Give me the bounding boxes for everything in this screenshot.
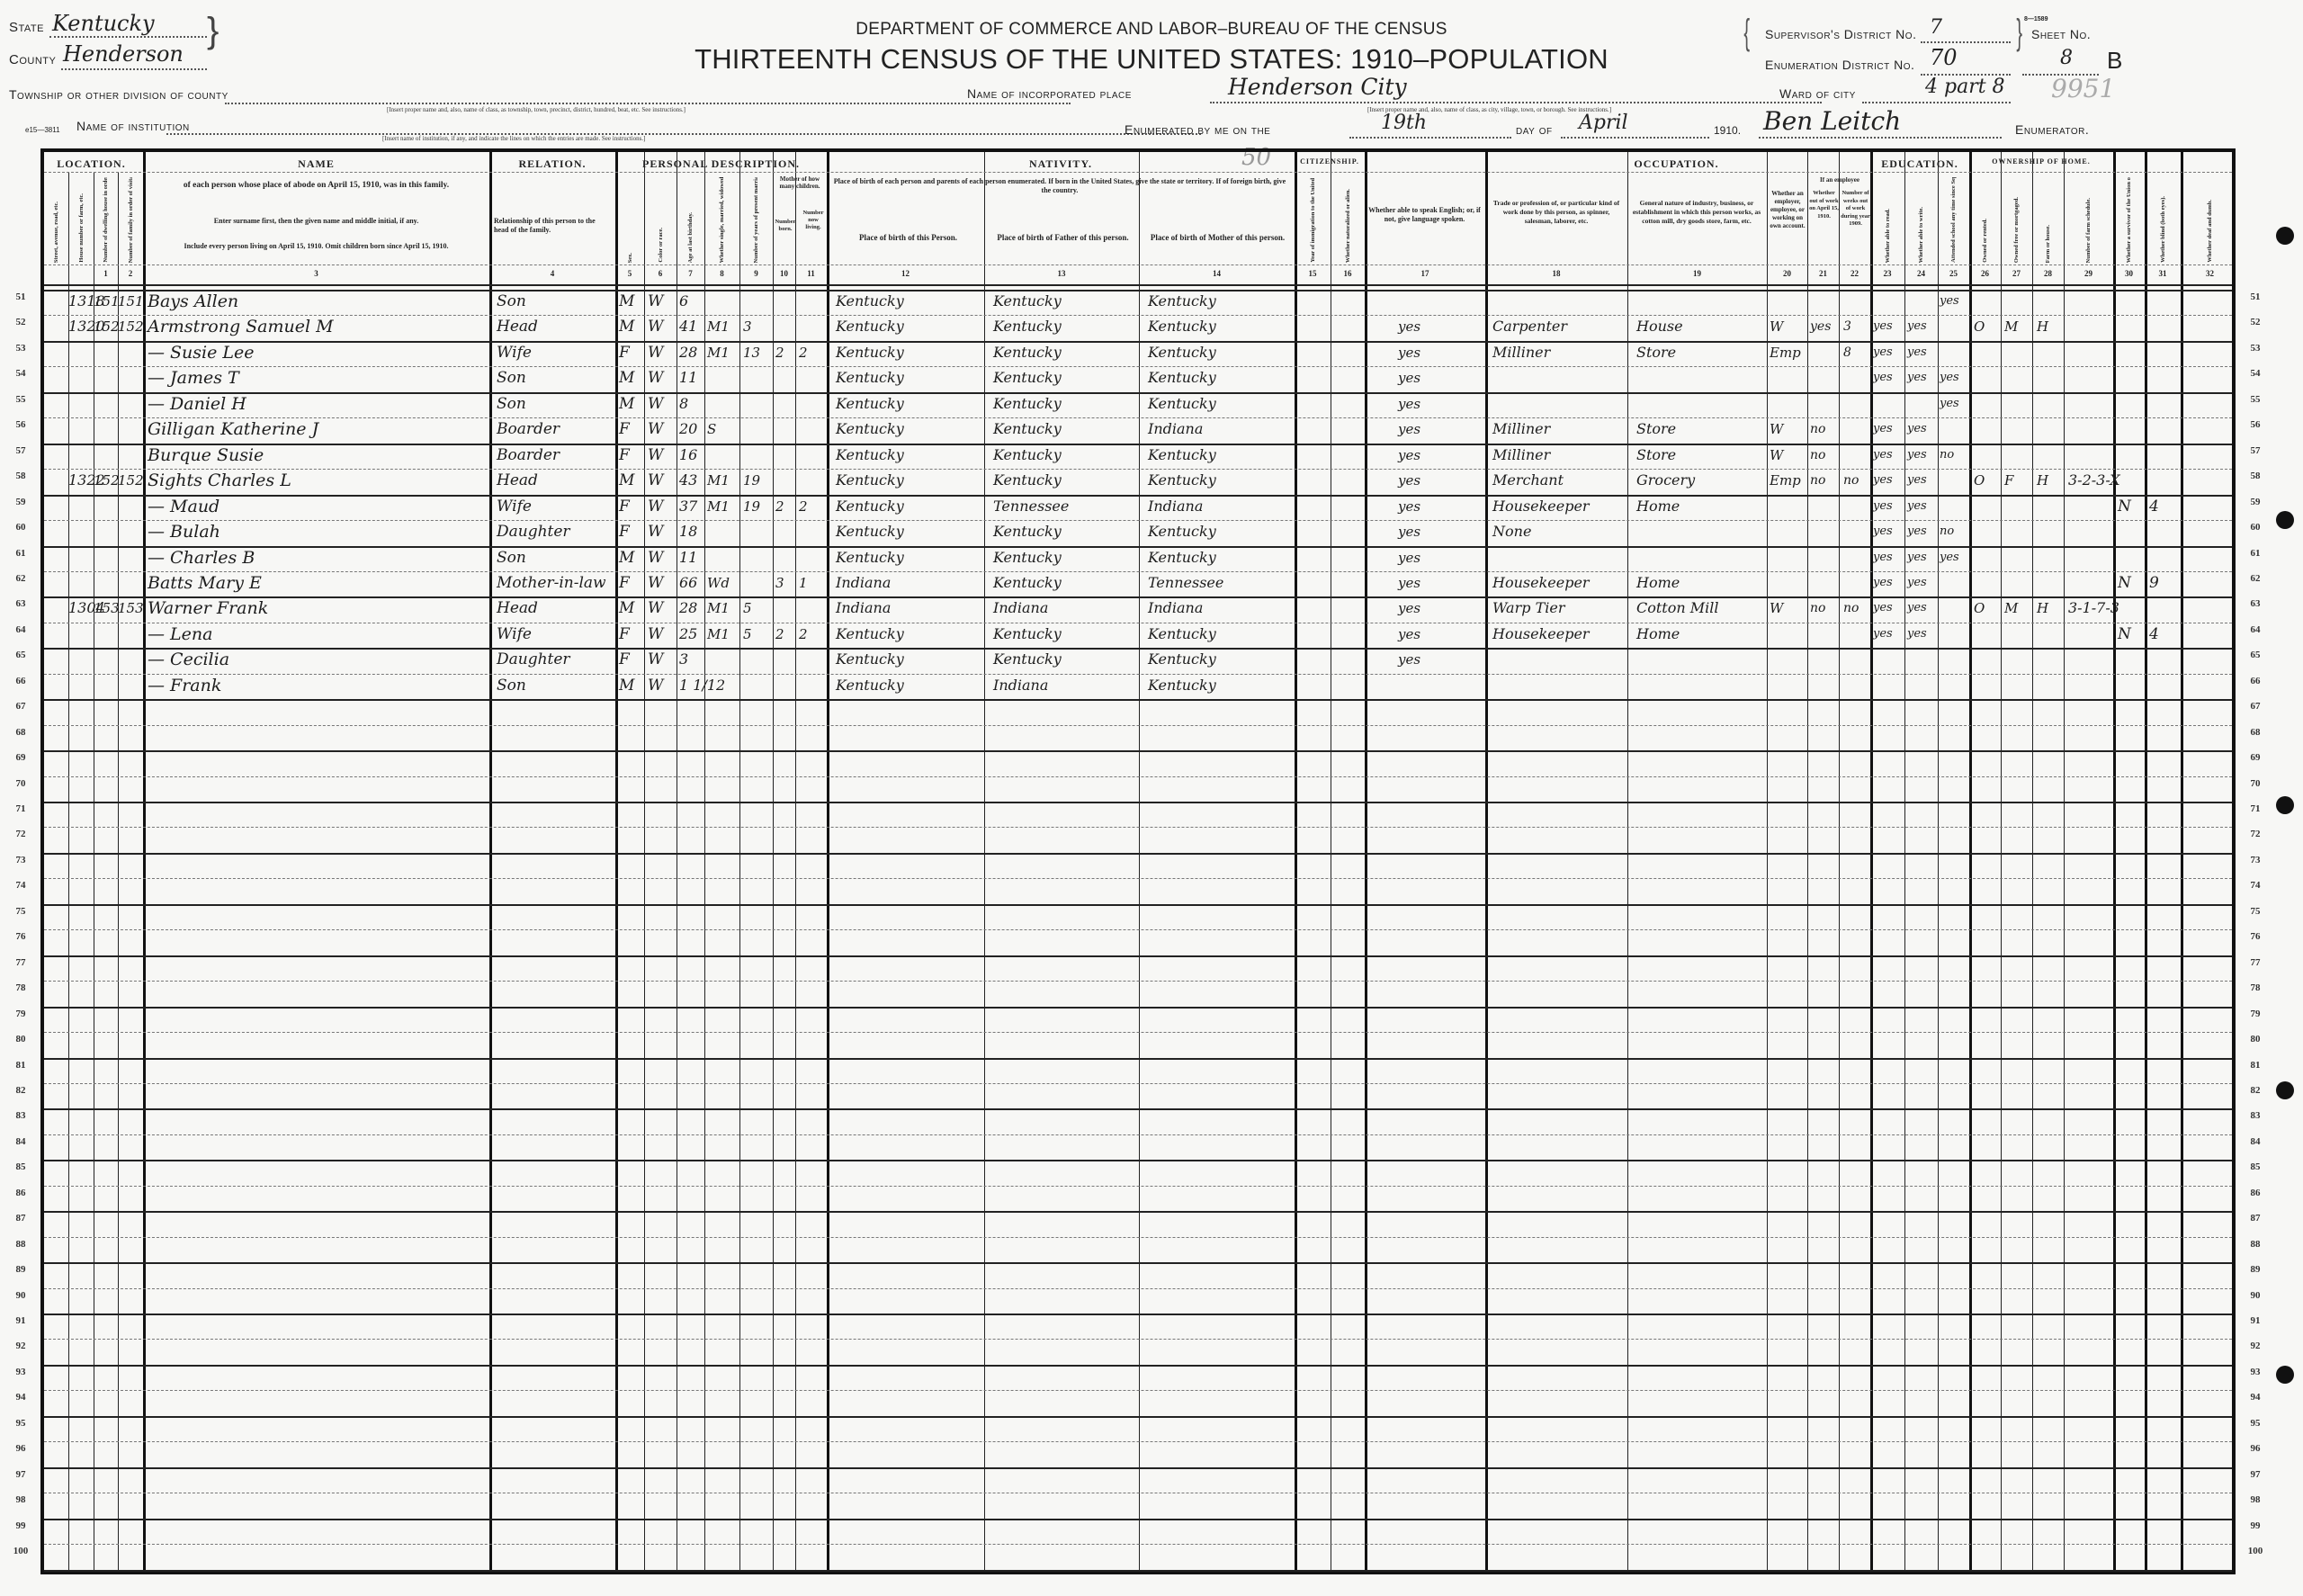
birthplace-father: Kentucky <box>993 520 1062 543</box>
incorporated-place-label: Name of incorporated place <box>967 86 1132 101</box>
row-number: 70 <box>2242 778 2269 789</box>
row-number: 73 <box>2242 855 2269 865</box>
family-number: 151 <box>118 290 144 313</box>
vertical-header-cell: Whether blind (both eyes). <box>2145 177 2181 263</box>
institution-note: [Insert name of institution, if any, and… <box>382 135 646 142</box>
birthplace-mother: Indiana <box>1148 596 1203 620</box>
trade: None <box>1492 520 1531 543</box>
enumerated-label: Enumerated by me on the <box>1125 122 1270 137</box>
attended-school: yes <box>1940 290 1959 313</box>
vertical-header-cell: Number of years of present marriage. <box>739 177 773 263</box>
owned-or-rented: O <box>1974 469 1985 492</box>
children-living: 2 <box>799 341 808 364</box>
row-number: 78 <box>2242 982 2269 993</box>
birthplace-person: Kentucky <box>836 315 904 338</box>
can-write: yes <box>1907 546 1927 569</box>
department-title: DEPARTMENT OF COMMERCE AND LABOR–BUREAU … <box>0 20 2303 40</box>
row-number: 77 <box>7 957 34 968</box>
row-number: 74 <box>7 880 34 891</box>
sex: M <box>619 546 634 569</box>
dwelling-number: 152 <box>94 315 120 338</box>
relation: Head <box>497 315 538 338</box>
row-number: 91 <box>7 1315 34 1326</box>
army-survivor: N <box>2118 571 2131 595</box>
row-rule <box>44 1365 2232 1367</box>
person-name: Batts Mary E <box>148 571 262 595</box>
enumerator-signature: Ben Leitch <box>1763 106 1901 136</box>
marital-status: M1 <box>707 596 730 620</box>
row-number: 69 <box>7 752 34 763</box>
relation: Son <box>497 290 526 313</box>
out-of-work: no <box>1810 469 1825 492</box>
person-name: — Frank <box>148 674 221 697</box>
speaks-english: yes <box>1398 315 1420 338</box>
children-born: 3 <box>775 571 784 595</box>
vertical-header-col28: Farm or house. <box>2045 225 2051 263</box>
row-number: 99 <box>7 1520 34 1531</box>
header-rule <box>44 172 2232 173</box>
marital-status: Wd <box>707 571 730 595</box>
row-number: 59 <box>7 497 34 507</box>
can-write: yes <box>1907 341 1927 364</box>
can-read: yes <box>1873 469 1893 492</box>
row-rule <box>44 929 2232 930</box>
attended-school: yes <box>1940 366 1959 390</box>
age: 6 <box>679 290 688 313</box>
row-rule <box>44 1441 2232 1442</box>
color: W <box>648 366 663 390</box>
relation: Head <box>497 469 538 492</box>
age: 43 <box>679 469 697 492</box>
can-write: yes <box>1907 495 1927 518</box>
table-row: Batts Mary EMother-in-lawFW66Wd31Indiana… <box>44 571 2232 596</box>
color: W <box>648 392 663 416</box>
birthplace-father: Kentucky <box>993 290 1062 313</box>
row-number: 55 <box>2242 394 2269 405</box>
trade: Merchant <box>1492 469 1564 492</box>
table-row: Gilligan Katherine JBoarderFW20SKentucky… <box>44 417 2232 443</box>
row-number: 82 <box>7 1085 34 1096</box>
relation: Daughter <box>497 520 570 543</box>
family-number: 153 <box>118 596 144 620</box>
row-number: 73 <box>7 855 34 865</box>
age: 3 <box>679 648 688 671</box>
row-number: 80 <box>2242 1034 2269 1045</box>
birthplace-person: Kentucky <box>836 392 904 416</box>
row-number: 60 <box>7 522 34 533</box>
row-number: 86 <box>7 1188 34 1198</box>
can-read: yes <box>1873 444 1893 467</box>
row-number: 59 <box>2242 497 2269 507</box>
farm-or-house: H <box>2037 469 2048 492</box>
column-number: 29 <box>2064 269 2113 278</box>
sheet-label: Sheet No. <box>2031 27 2091 41</box>
enumerator-field <box>1759 137 2002 139</box>
birthplace-father: Kentucky <box>993 623 1062 646</box>
year-label: 1910. <box>1714 124 1741 137</box>
attended-school: no <box>1940 520 1954 543</box>
free-or-mortgaged: M <box>2004 315 2018 338</box>
birthplace-mother: Kentucky <box>1148 469 1216 492</box>
row-number: 100 <box>7 1546 34 1556</box>
row-rule <box>44 878 2232 879</box>
row-number: 96 <box>2242 1443 2269 1454</box>
birthplace-father: Indiana <box>993 674 1048 697</box>
birthplace-mother: Tennessee <box>1148 571 1223 595</box>
ward-field <box>1862 102 2011 103</box>
sex: F <box>619 520 630 543</box>
sheet-side: B <box>2107 47 2122 75</box>
can-write: yes <box>1907 315 1927 338</box>
person-name: — James T <box>148 366 239 390</box>
marital-status: M1 <box>707 315 730 338</box>
vertical-header-col26: Owned or rented. <box>1982 219 1988 263</box>
header-rule <box>44 265 2232 265</box>
can-read: yes <box>1873 495 1893 518</box>
column-number: 32 <box>2181 269 2239 278</box>
speaks-english: yes <box>1398 648 1420 671</box>
mother-of-desc: Mother of how many children. <box>773 175 827 190</box>
row-number: 90 <box>2242 1290 2269 1301</box>
birthplace-father: Tennessee <box>993 495 1069 518</box>
attended-school: no <box>1940 444 1954 467</box>
column-number: 21 <box>1807 269 1839 278</box>
vertical-header-street: Street, avenue, road, etc. <box>53 202 59 263</box>
row-rule <box>44 853 2232 855</box>
row-number: 58 <box>2242 471 2269 481</box>
table-row: 1304153153Warner FrankHeadMW28M15Indiana… <box>44 596 2232 622</box>
row-rule <box>44 1262 2232 1264</box>
sex: F <box>619 341 630 364</box>
row-number: 69 <box>2242 752 2269 763</box>
row-number: 54 <box>7 368 34 379</box>
col11-desc: Number now living. <box>800 210 827 231</box>
row-rule <box>44 1544 2232 1545</box>
industry: Store <box>1636 444 1676 467</box>
row-number: 85 <box>7 1161 34 1172</box>
color: W <box>648 315 663 338</box>
row-number: 93 <box>2242 1367 2269 1377</box>
birthplace-mother: Kentucky <box>1148 546 1216 569</box>
enumeration-district-label: Enumeration District No. <box>1765 58 1914 72</box>
birthplace-father: Indiana <box>993 596 1048 620</box>
sex: M <box>619 315 634 338</box>
speaks-english: yes <box>1398 444 1420 467</box>
vertical-header-age: Age at last birthday. <box>687 212 694 263</box>
army-survivor: N <box>2118 623 2131 646</box>
age: 25 <box>679 623 697 646</box>
column-number: 30 <box>2113 269 2145 278</box>
years-married: 19 <box>743 469 760 492</box>
row-rule <box>44 1288 2232 1289</box>
row-number: 52 <box>7 317 34 327</box>
birthplace-father: Kentucky <box>993 392 1062 416</box>
children-living: 2 <box>799 495 808 518</box>
speaks-english: yes <box>1398 392 1420 416</box>
column-number: 23 <box>1870 269 1904 278</box>
row-number: 76 <box>2242 931 2269 942</box>
vertical-header-years-married: Number of years of present marriage. <box>753 177 759 263</box>
nativity-desc: Place of birth of each person and parent… <box>830 177 1289 195</box>
name-desc-1: of each person whose place of abode on A… <box>148 179 485 192</box>
marital-status: M1 <box>707 341 730 364</box>
table-row: — James TSonMW11KentuckyKentuckyKentucky… <box>44 366 2232 391</box>
family-number: 152 <box>118 469 144 492</box>
free-or-mortgaged: M <box>2004 596 2018 620</box>
row-number: 92 <box>2242 1340 2269 1351</box>
person-name: — Bulah <box>148 520 220 543</box>
row-rule <box>44 1211 2232 1213</box>
col21-desc: Whether out of work on April 15, 1910. <box>1809 190 1839 220</box>
trade: Warp Tier <box>1492 596 1564 620</box>
column-number: 26 <box>1969 269 2001 278</box>
row-rule <box>44 1519 2232 1520</box>
punch-hole <box>2276 511 2294 529</box>
row-number: 89 <box>2242 1264 2269 1275</box>
blind: 4 <box>2149 623 2159 646</box>
row-rule <box>44 1134 2232 1135</box>
enumerated-day: 19th <box>1381 112 1427 134</box>
vertical-header-family: Number of family in order of visitation. <box>128 177 134 263</box>
row-number: 84 <box>2242 1136 2269 1147</box>
color: W <box>648 469 663 492</box>
age: 16 <box>679 444 697 467</box>
person-name: — Daniel H <box>148 392 246 416</box>
row-rule <box>44 1032 2232 1033</box>
can-read: yes <box>1873 623 1893 646</box>
row-rule <box>44 1007 2232 1009</box>
dwelling-number: 151 <box>94 290 120 313</box>
can-write: yes <box>1907 520 1927 543</box>
row-number: 81 <box>2242 1060 2269 1071</box>
table-row: — MaudWifeFW37M11922KentuckyTennesseeInd… <box>44 495 2232 520</box>
relation: Son <box>497 392 526 416</box>
vertical-header-cell: Whether able to write. <box>1904 177 1938 263</box>
trade: Housekeeper <box>1492 571 1590 595</box>
speaks-english: yes <box>1398 366 1420 390</box>
header-ownership: OWNERSHIP OF HOME. <box>1969 157 2113 166</box>
row-number: 56 <box>2242 419 2269 430</box>
vertical-header-col24: Whether able to write. <box>1918 207 1924 263</box>
col10-desc: Number born. <box>773 219 798 233</box>
table-row: Burque SusieBoarderFW16KentuckyKentuckyK… <box>44 444 2232 469</box>
person-name: — Charles B <box>148 546 255 569</box>
form-code: 8—1589 <box>2024 16 2048 22</box>
row-number: 87 <box>7 1213 34 1224</box>
row-number: 75 <box>2242 906 2269 917</box>
ward-label: Ward of city <box>1779 86 1856 101</box>
row-rule <box>44 1108 2232 1110</box>
column-number: 25 <box>1938 269 1969 278</box>
birthplace-mother: Kentucky <box>1148 520 1216 543</box>
column-number: 2 <box>118 269 143 278</box>
vertical-header-cell: Whether a survivor of the Union or Confe… <box>2113 177 2145 263</box>
relation: Wife <box>497 341 532 364</box>
industry: Home <box>1636 571 1680 595</box>
row-rule <box>44 750 2232 752</box>
row-number: 89 <box>7 1264 34 1275</box>
column-number: 16 <box>1331 269 1365 278</box>
can-read: yes <box>1873 520 1893 543</box>
trade: Milliner <box>1492 341 1550 364</box>
can-write: yes <box>1907 571 1927 595</box>
row-number: 55 <box>7 394 34 405</box>
header-nativity: NATIVITY. <box>827 157 1295 171</box>
relation: Boarder <box>497 417 560 441</box>
trade: Housekeeper <box>1492 495 1590 518</box>
township-field <box>225 103 1071 104</box>
row-rule <box>44 904 2232 906</box>
farm-or-house: H <box>2037 315 2048 338</box>
table-row: — Susie LeeWifeFW28M11322KentuckyKentuck… <box>44 341 2232 366</box>
sex: M <box>619 392 634 416</box>
row-number: 63 <box>2242 598 2269 609</box>
speaks-english: yes <box>1398 520 1420 543</box>
birthplace-father: Kentucky <box>993 571 1062 595</box>
institution-label: Name of institution <box>76 119 190 133</box>
col17-desc: Whether able to speak English; or, if no… <box>1368 206 1481 224</box>
birthplace-mother: Kentucky <box>1148 674 1216 697</box>
birthplace-person: Kentucky <box>836 341 904 364</box>
column-number: 11 <box>795 269 827 278</box>
trade: Carpenter <box>1492 315 1567 338</box>
birthplace-mother: Indiana <box>1148 417 1203 441</box>
farm-or-house: H <box>2037 596 2048 620</box>
marital-status: M1 <box>707 469 730 492</box>
speaks-english: yes <box>1398 546 1420 569</box>
table-row: — FrankSonMW1 1/12KentuckyIndianaKentuck… <box>44 674 2232 699</box>
birthplace-person: Kentucky <box>836 417 904 441</box>
row-rule <box>44 1160 2232 1161</box>
marital-status: M1 <box>707 623 730 646</box>
enumerated-month-field <box>1561 137 1709 139</box>
owned-or-rented: O <box>1974 596 1985 620</box>
trade: Milliner <box>1492 417 1550 441</box>
row-rule <box>44 1339 2232 1340</box>
vertical-header-cell: Whether deaf and dumb. <box>2181 177 2239 263</box>
person-name: — Cecilia <box>148 648 229 671</box>
age: 11 <box>679 546 697 569</box>
row-rule <box>44 955 2232 957</box>
birthplace-father: Kentucky <box>993 315 1062 338</box>
vertical-header-cell: Whether able to read. <box>1870 177 1904 263</box>
can-read: yes <box>1873 571 1893 595</box>
employer-status: Emp <box>1770 469 1801 492</box>
person-name: Burque Susie <box>148 444 264 467</box>
column-number: 28 <box>2032 269 2064 278</box>
row-number: 67 <box>2242 701 2269 712</box>
sex: F <box>619 571 630 595</box>
age: 18 <box>679 520 697 543</box>
vertical-header-cell: Whether single, married, widowed, or div… <box>704 177 739 263</box>
children-living: 2 <box>799 623 808 646</box>
color: W <box>648 596 663 620</box>
vertical-header-cell: Owned free or mortgaged. <box>2001 177 2032 263</box>
vertical-header-cell: Farm or house. <box>2032 177 2064 263</box>
row-number: 72 <box>7 829 34 839</box>
row-rule <box>44 981 2232 982</box>
header-personal-description: PERSONAL DESCRIPTION. <box>615 157 827 171</box>
row-number: 71 <box>2242 803 2269 814</box>
vertical-header-col25: Attended school any time since Sept. 1, … <box>1950 177 1957 263</box>
enumerated-day-field <box>1349 137 1511 139</box>
row-number: 79 <box>2242 1009 2269 1019</box>
row-number: 94 <box>7 1392 34 1403</box>
row-number: 75 <box>7 906 34 917</box>
birthplace-person: Kentucky <box>836 520 904 543</box>
industry: Home <box>1636 495 1680 518</box>
can-read: yes <box>1873 546 1893 569</box>
color: W <box>648 674 663 697</box>
supervisor-district-label: Supervisor's District No. <box>1765 27 1916 41</box>
color: W <box>648 623 663 646</box>
census-sheet-table: LOCATION. NAME RELATION. PERSONAL DESCRI… <box>40 148 2236 1574</box>
column-number: 7 <box>677 269 704 278</box>
age: 28 <box>679 341 697 364</box>
free-or-mortgaged: F <box>2004 469 2013 492</box>
employer-status: W <box>1770 596 1783 620</box>
sex: M <box>619 366 634 390</box>
age: 1 1/12 <box>679 674 725 697</box>
row-number: 85 <box>2242 1161 2269 1172</box>
col12-desc: Place of birth of this Person. <box>834 233 982 242</box>
color: W <box>648 444 663 467</box>
years-married: 5 <box>743 596 752 620</box>
row-number: 72 <box>2242 829 2269 839</box>
row-number: 98 <box>7 1494 34 1505</box>
color: W <box>648 341 663 364</box>
column-number: 5 <box>615 269 644 278</box>
row-rule <box>44 1058 2232 1060</box>
row-number: 92 <box>7 1340 34 1351</box>
column-number: 27 <box>2001 269 2032 278</box>
table-row: 1322152152Sights Charles LHeadMW43M119Ke… <box>44 469 2232 494</box>
relation-desc: Relationship of this person to the head … <box>494 217 611 235</box>
row-number: 70 <box>7 778 34 789</box>
birthplace-father: Kentucky <box>993 648 1062 671</box>
row-number: 65 <box>2242 650 2269 660</box>
row-number: 62 <box>7 573 34 584</box>
row-number: 100 <box>2242 1546 2269 1556</box>
row-rule <box>44 1390 2232 1391</box>
birthplace-father: Kentucky <box>993 366 1062 390</box>
row-number: 64 <box>2242 624 2269 635</box>
incorporated-place-field <box>1210 102 1822 103</box>
dwelling-number: 153 <box>94 596 120 620</box>
table-row: — BulahDaughterFW18KentuckyKentuckyKentu… <box>44 520 2232 545</box>
vertical-header-cell: Year of immigration to the United States… <box>1295 177 1331 263</box>
vertical-header-cell: Color or race. <box>644 177 677 263</box>
header-rule <box>44 284 2232 286</box>
row-number: 61 <box>7 548 34 559</box>
vertical-header-cell: Sex. <box>615 177 644 263</box>
vertical-header-col32: Whether deaf and dumb. <box>2207 200 2213 263</box>
can-read: yes <box>1873 341 1893 364</box>
birthplace-father: Kentucky <box>993 417 1062 441</box>
birthplace-person: Indiana <box>836 596 891 620</box>
row-number: 71 <box>7 803 34 814</box>
employer-status: W <box>1770 315 1783 338</box>
birthplace-mother: Kentucky <box>1148 366 1216 390</box>
birthplace-person: Kentucky <box>836 674 904 697</box>
row-number: 57 <box>7 445 34 456</box>
can-read: yes <box>1873 366 1893 390</box>
column-number: 12 <box>827 269 984 278</box>
township-note: [Insert proper name and, also, name of c… <box>387 106 686 113</box>
can-write: yes <box>1907 366 1927 390</box>
speaks-english: yes <box>1398 596 1420 620</box>
supervisor-district-value: 7 <box>1930 16 1942 39</box>
